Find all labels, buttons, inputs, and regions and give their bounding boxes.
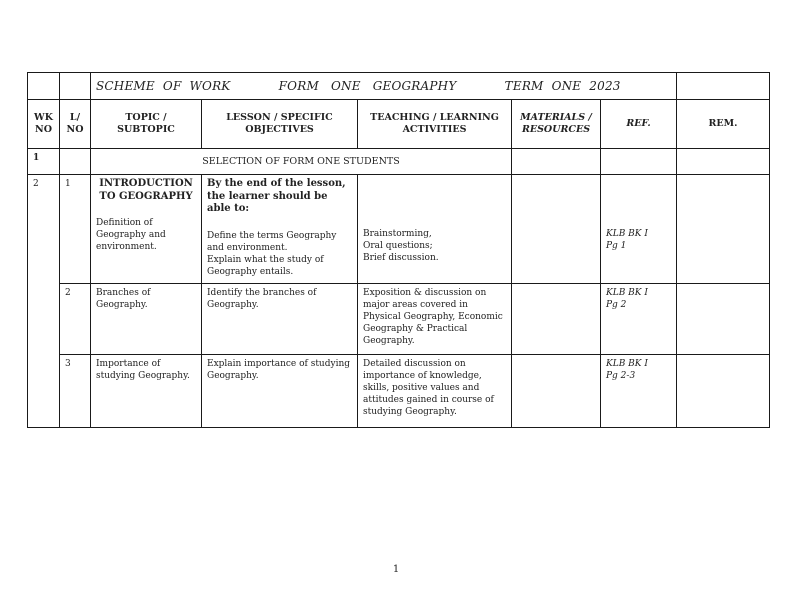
header-ref: REF. [601, 100, 677, 149]
objectives-intro: By the end of the lesson, the learner sh… [207, 178, 352, 216]
remarks-cell [677, 355, 770, 428]
lesson-number-blank [60, 149, 91, 175]
objectives-cell: By the end of the lesson, the learner sh… [202, 175, 358, 284]
ref-text: KLB BK I Pg 1 [606, 228, 671, 252]
subtopic: Branches of Geography. [91, 284, 202, 355]
header-topic: TOPIC / SUBTOPIC [91, 100, 202, 149]
subtopic: Importance of studying Geography. [91, 355, 202, 428]
activities-text: Detailed discussion on importance of kno… [358, 355, 512, 428]
week-number: 2 [28, 175, 60, 428]
week-note: SELECTION OF FORM ONE STUDENTS [91, 149, 512, 175]
header-wk-no: WK NO [28, 100, 60, 149]
objectives-text: Define the terms Geography and environme… [207, 230, 352, 278]
header-rem: REM. [677, 100, 770, 149]
title-blank-lno [60, 73, 91, 100]
remarks-cell [677, 149, 770, 175]
table-row: 2 1 INTRODUCTION TO GEOGRAPHY Definition… [28, 175, 770, 284]
materials-cell [512, 355, 601, 428]
ref-text: KLB BK I Pg 2 [601, 284, 677, 355]
remarks-cell [677, 284, 770, 355]
lesson-number: 2 [60, 284, 91, 355]
ref-cell: KLB BK I Pg 1 [601, 175, 677, 284]
topic-cell: INTRODUCTION TO GEOGRAPHY Definition of … [91, 175, 202, 284]
header-activities: TEACHING / LEARNING ACTIVITIES [358, 100, 512, 149]
ref-cell [601, 149, 677, 175]
document-title: SCHEME OF WORK FORM ONE GEOGRAPHY TERM O… [91, 73, 677, 100]
header-lesson-no: L/ NO [60, 100, 91, 149]
title-blank-wk [28, 73, 60, 100]
title-blank-rem [677, 73, 770, 100]
objectives-text: Identify the branches of Geography. [202, 284, 358, 355]
materials-cell [512, 284, 601, 355]
header-row: WK NO L/ NO TOPIC / SUBTOPIC LESSON / SP… [28, 100, 770, 149]
lesson-number: 3 [60, 355, 91, 428]
remarks-cell [677, 175, 770, 284]
activities-text: Exposition & discussion on major areas c… [358, 284, 512, 355]
table-row: 3 Importance of studying Geography. Expl… [28, 355, 770, 428]
header-objectives: LESSON / SPECIFIC OBJECTIVES [202, 100, 358, 149]
ref-text: KLB BK I Pg 2-3 [601, 355, 677, 428]
subtopic: Definition of Geography and environment. [96, 217, 196, 253]
header-materials: MATERIALS / RESOURCES [512, 100, 601, 149]
materials-cell [512, 175, 601, 284]
page-number: 1 [0, 564, 792, 575]
week-number: 1 [28, 149, 60, 175]
lesson-number: 1 [60, 175, 91, 284]
week-1-row: 1 SELECTION OF FORM ONE STUDENTS [28, 149, 770, 175]
activities-cell: Brainstorming, Oral questions; Brief dis… [358, 175, 512, 284]
title-scheme: SCHEME OF WORK [96, 79, 230, 93]
title-term: TERM ONE 2023 [505, 79, 621, 93]
title-form: FORM ONE GEOGRAPHY [279, 79, 457, 93]
activities-text: Brainstorming, Oral questions; Brief dis… [363, 228, 506, 264]
scheme-of-work-table: SCHEME OF WORK FORM ONE GEOGRAPHY TERM O… [27, 72, 770, 428]
title-row: SCHEME OF WORK FORM ONE GEOGRAPHY TERM O… [28, 73, 770, 100]
materials-cell [512, 149, 601, 175]
table-row: 2 Branches of Geography. Identify the br… [28, 284, 770, 355]
objectives-text: Explain importance of studying Geography… [202, 355, 358, 428]
topic-heading: INTRODUCTION TO GEOGRAPHY [96, 178, 196, 203]
